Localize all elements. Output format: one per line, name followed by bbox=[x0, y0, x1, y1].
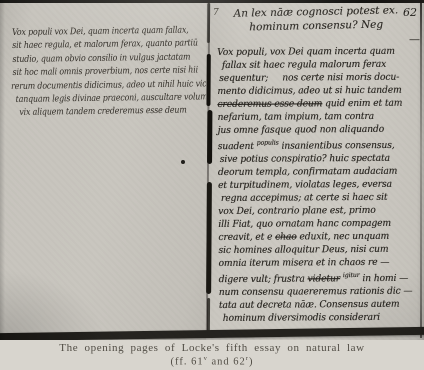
manuscript-line: vox Dei, contrario plane est, primo bbox=[218, 204, 413, 218]
right-page-lines: Vox populi, vox Dei quam incerta quamfal… bbox=[217, 45, 414, 326]
gutter-blob bbox=[206, 54, 210, 106]
manuscript-line: tata aut decreta nāæ. Consensus autem bbox=[219, 298, 414, 312]
page-edge-line bbox=[420, 0, 422, 338]
manuscript-line: num consensu quaereremus rationis dic — bbox=[219, 285, 414, 299]
gutter-blob bbox=[207, 110, 212, 164]
manuscript-line: suadent populis insanientibus consensus, bbox=[218, 136, 413, 154]
folio-number: 62 bbox=[403, 6, 417, 19]
left-page-lines: Vox populi vox Dei, quam incerta quam fa… bbox=[12, 25, 180, 121]
manuscript-photo: Vox populi vox Dei, quam incerta quam fa… bbox=[0, 0, 424, 340]
figure-caption: The opening pages of Locke's fifth essay… bbox=[0, 342, 424, 368]
manuscript-line: sive potius conspiratio? huic spectata bbox=[220, 152, 413, 166]
gutter-blob bbox=[206, 182, 212, 294]
essay-title-line-2: hominum consensu? Neg bbox=[232, 18, 400, 35]
manuscript-line: fallax sit haec regula malorum ferax bbox=[222, 58, 412, 72]
book-plate-page: Vox populi vox Dei, quam incerta quam fa… bbox=[0, 0, 424, 370]
manuscript-line: creavit, et e chao eduxit, nec unquam bbox=[218, 230, 413, 244]
manuscript-line: sic homines alloquitur Deus, nisi cum bbox=[218, 243, 413, 257]
gutter-blob bbox=[207, 3, 210, 43]
ink-dot bbox=[181, 160, 185, 164]
manuscript-line: omnia iterum misera et in chaos re — bbox=[218, 256, 413, 270]
manuscript-line: deorum templa, confirmatam audaciam bbox=[218, 165, 413, 179]
manuscript-line: illi Fiat, quo ornatam hanc compagem bbox=[218, 217, 413, 231]
photo-top-border bbox=[0, 0, 424, 3]
manuscript-line: regna accepimus; at certe si haec sit bbox=[221, 191, 413, 205]
manuscript-line: hominum diversimodis considerari bbox=[223, 311, 414, 325]
manuscript-page-right: 7 An lex nāæ cognosci potest ex. hominum… bbox=[206, 0, 424, 340]
manuscript-line: digere vult; frustra videtur igitur in h… bbox=[219, 269, 414, 287]
caption-line-1: The opening pages of Locke's fifth essay… bbox=[0, 342, 424, 354]
essay-title: An lex nāæ cognosci potest ex. hominum c… bbox=[232, 4, 401, 35]
manuscript-page-left: Vox populi vox Dei, quam incerta quam fa… bbox=[0, 0, 206, 340]
manuscript-line: sequentur; nos certe nisi moris docu- bbox=[219, 71, 412, 85]
manuscript-line: et turpitudinem, violatas leges, eversa bbox=[218, 178, 413, 192]
gutter-blob bbox=[207, 298, 210, 332]
manuscript-line: vix aliquem tandem crederemus esse deum bbox=[19, 105, 180, 121]
caption-line-2: (ff. 61v and 62r) bbox=[0, 355, 424, 368]
binding-gutter bbox=[200, 0, 216, 340]
